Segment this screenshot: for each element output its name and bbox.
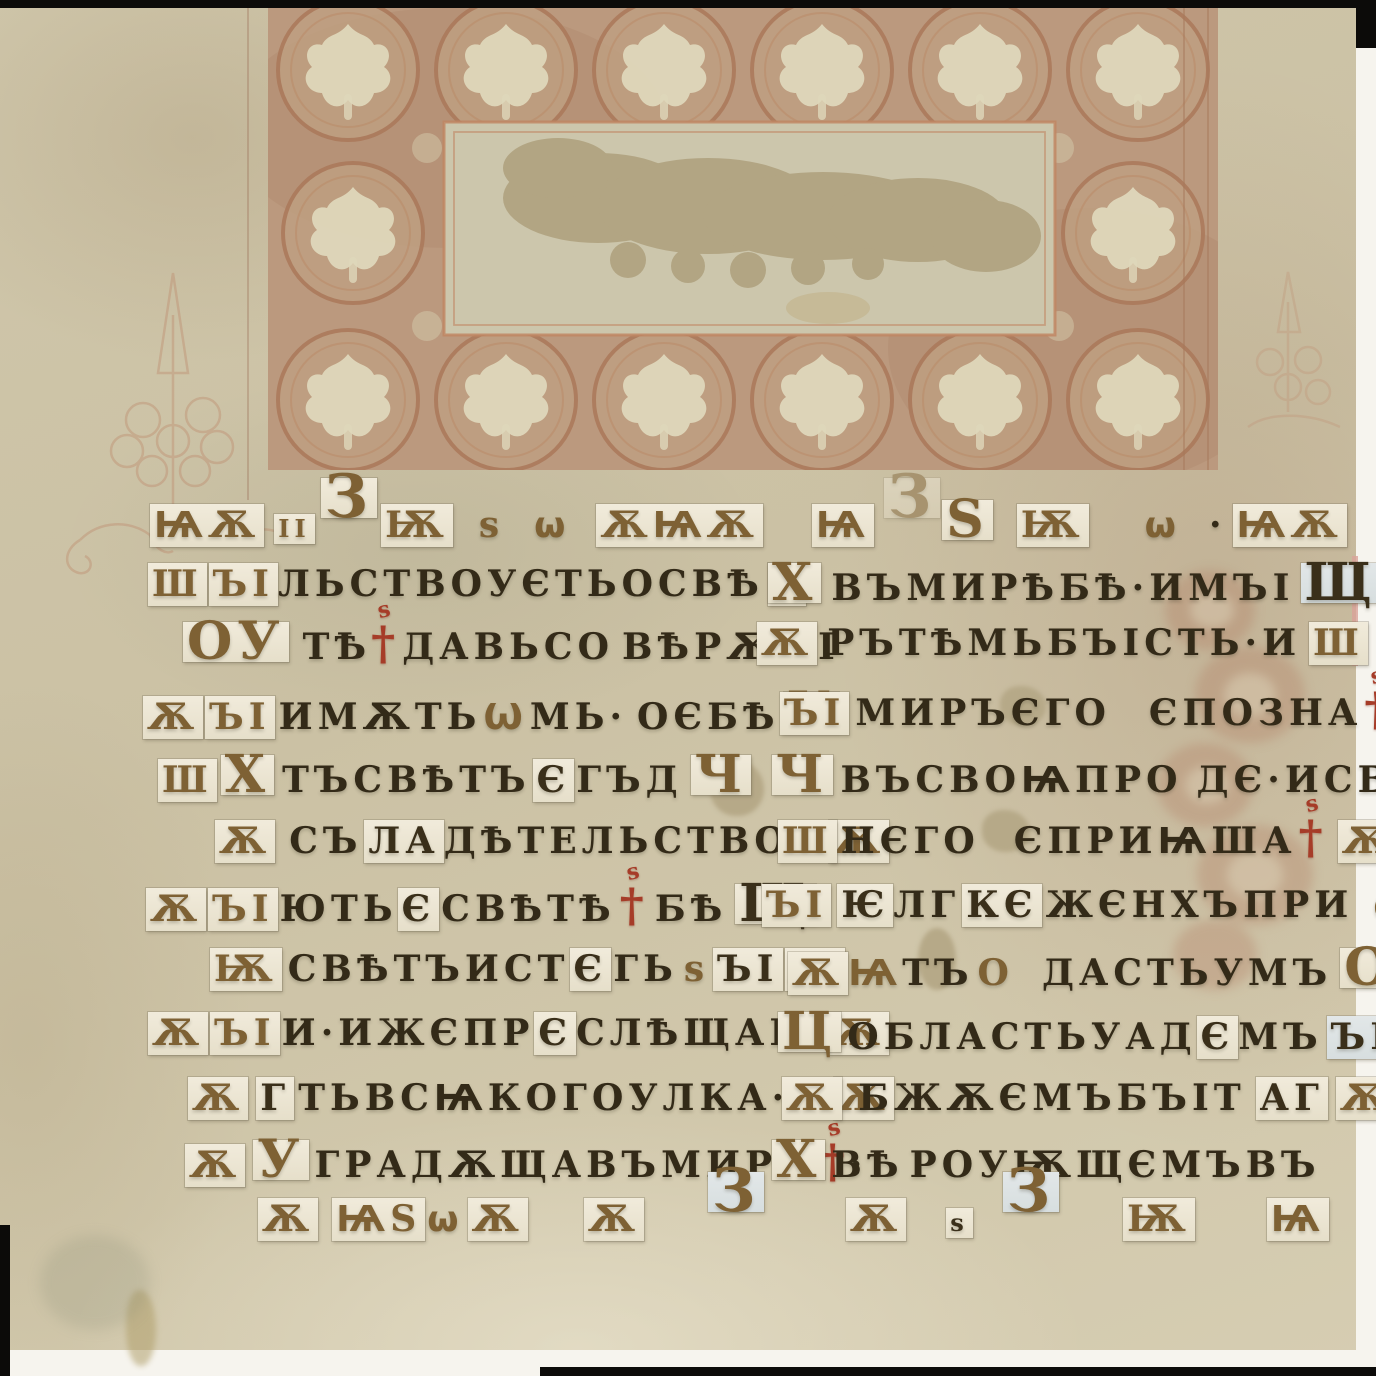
letter-segment: Щ bbox=[1301, 563, 1376, 603]
red-cross-mark: †ѕ bbox=[1299, 821, 1328, 853]
letter-segment: Ѕ bbox=[942, 500, 993, 540]
letter-segment: ѕ bbox=[479, 504, 504, 546]
letter-segment: ЖЄНХЪПРИ bbox=[1046, 884, 1354, 926]
letter-segment: ЪІ bbox=[780, 692, 849, 735]
letter-segment: Є bbox=[1197, 1016, 1239, 1059]
letter-segment: Ѩ bbox=[848, 952, 902, 994]
text-line-right-1: ѨЗЅѬѡ·ѨѪ bbox=[812, 498, 1347, 547]
letter-segment: ІІ bbox=[274, 514, 315, 544]
letter-segment: ѡ bbox=[534, 504, 570, 546]
letter-segment: ТЪСВѢТЪ bbox=[282, 759, 531, 801]
letter-segment: ѕ bbox=[946, 1208, 973, 1238]
letter-segment: ОУ bbox=[1340, 948, 1376, 988]
letter-segment: ЪІ bbox=[1327, 1016, 1376, 1059]
letter-segment: И·ИЖЄПР bbox=[282, 1012, 535, 1054]
letter-segment: ЛЬСТВОУЄТЬОСВѢ bbox=[278, 563, 764, 605]
letter-segment: З bbox=[1003, 1172, 1059, 1212]
letter-segment: БѢ bbox=[655, 888, 728, 930]
letter-segment: Ш bbox=[1309, 622, 1368, 665]
letter-segment: ИМѪТЬ bbox=[279, 696, 482, 738]
letter-segment: БЖѪЄМЪБЪІТ bbox=[858, 1077, 1245, 1119]
letter-segment: ЪІ bbox=[208, 888, 277, 931]
letter-segment: Х bbox=[772, 1140, 825, 1180]
letter-segment: АГ bbox=[1256, 1077, 1328, 1120]
text-line-right-8: ѪѨТЪОДАСТЬУМЪОУ bbox=[788, 948, 1376, 995]
text-line-left-5: ШХТЪСВѢТЪЄГЪДЧ bbox=[158, 755, 751, 802]
letter-segment: Ѭ bbox=[381, 504, 453, 547]
red-cross-mark: †ѕ bbox=[371, 627, 400, 659]
letter-segment: КЄ bbox=[962, 884, 1041, 927]
letter-segment: ѨЅ bbox=[332, 1198, 425, 1241]
letter-segment: Ѭ bbox=[1123, 1198, 1195, 1241]
red-cross-mark: †ѕ bbox=[620, 889, 649, 921]
letter-segment: ЄПОЗНА bbox=[1149, 692, 1363, 734]
letter-segment: Є bbox=[398, 888, 440, 931]
letter-segment: ГЬ bbox=[613, 948, 678, 990]
letter-segment: ЮТЬ bbox=[280, 888, 398, 930]
letter-segment: Г bbox=[256, 1077, 294, 1120]
text-line-right-4: ЪІМИРЪЄГОЄПОЗНА†ѕ· bbox=[780, 692, 1376, 735]
letter-segment: Ѫ bbox=[782, 1077, 842, 1120]
letter-segment: Ш bbox=[158, 759, 217, 802]
letter-segment: ѨѪ bbox=[1233, 504, 1347, 547]
red-superscript-mark: ѕ bbox=[1370, 668, 1376, 686]
text-line-left-4: ѪЪІИМѪТЬѠМЬ·ОЄБѢУ bbox=[143, 692, 839, 739]
text-line-left-7: ѪЪІЮТЬЄСВѢТѢ†ѕБѢЩ bbox=[146, 884, 816, 931]
text-line-right-12: ѪѕЗѬѨ bbox=[846, 1192, 1329, 1241]
letter-segment: Х bbox=[768, 563, 821, 603]
letter-segment: З bbox=[884, 478, 940, 518]
letter-segment: Ѩ bbox=[1267, 1198, 1329, 1241]
letter-segment: ѪѨѪ bbox=[596, 504, 763, 547]
letter-segment: ѡ bbox=[427, 1198, 463, 1240]
letter-segment: Ѭ bbox=[1017, 504, 1089, 547]
letter-segment: МИРЪЄГО bbox=[855, 692, 1111, 734]
letter-segment: ѡ bbox=[1145, 504, 1181, 546]
letter-segment: Ѥ bbox=[837, 884, 893, 927]
letter-segment: ОУ bbox=[183, 622, 289, 662]
manuscript-page: ѨѪІІЗѬѕѡѪѨѪШЪІЛЬСТВОУЄТЬОСВѢГОУТѢ†ѕДАВЬС… bbox=[0, 0, 1376, 1376]
letter-segment: ВЪМИРѢБѢ·ИМЪІ bbox=[831, 567, 1294, 609]
text-line-right-3: ѪРЪТѢМЬБЪІСТЬ·ИШ bbox=[757, 622, 1368, 665]
letter-segment: ЛГ bbox=[893, 884, 960, 926]
letter-segment: З bbox=[321, 478, 377, 518]
text-line-left-8: ѬСВѢТЪИСТЄГЬѕЪІѪ bbox=[210, 948, 845, 991]
letter-segment: Ѫ bbox=[146, 888, 206, 931]
letter-segment: Ѫ bbox=[757, 622, 817, 665]
letter-segment: Ѫ bbox=[258, 1198, 318, 1241]
letter-segment: Ѫ bbox=[148, 1012, 208, 1055]
letter-segment: З bbox=[708, 1172, 764, 1212]
letter-segment: ЪІ bbox=[713, 948, 782, 991]
letter-segment: ЪІ bbox=[205, 696, 274, 739]
letter-segment: ЪІ bbox=[209, 563, 278, 606]
letter-segment: ѕ bbox=[684, 948, 709, 990]
letter-segment: Ч bbox=[691, 755, 752, 795]
letter-segment: ДАСТЬУМЪ bbox=[1042, 952, 1332, 994]
letter-segment: ѨѪ bbox=[150, 504, 264, 547]
text-line-right-7: ЪІѤЛГКЄЖЄНХЪПРИѡ bbox=[762, 884, 1376, 927]
letter-segment: ЪІ bbox=[762, 884, 831, 927]
text-line-right-6: ШНЄГОЄПРИѨША†ѕѪ bbox=[778, 820, 1376, 863]
text-line-right-2: ХВЪМИРѢБѢ·ИМЪІЩ bbox=[768, 563, 1376, 609]
letter-segment: Ц bbox=[778, 1012, 841, 1052]
letter-segment: МЬ· bbox=[530, 696, 627, 738]
letter-segment: ТЬВСѨКОГОУЛКА· bbox=[298, 1077, 789, 1119]
letter-segment: СВѢТЪИСТ bbox=[288, 948, 570, 990]
text-columns: ѨѪІІЗѬѕѡѪѨѪШЪІЛЬСТВОУЄТЬОСВѢГОУТѢ†ѕДАВЬС… bbox=[0, 0, 1376, 1376]
text-line-right-9: ЦОБЛАСТЬУАДЄМЪЪІ bbox=[778, 1012, 1376, 1059]
letter-segment: Ѫ bbox=[215, 820, 275, 863]
text-line-left-12: ѪѨЅѡѪѪЗ bbox=[258, 1192, 764, 1241]
letter-segment: Ѡ bbox=[483, 696, 527, 738]
letter-segment: ДѢТЕЛЬСТВОУ bbox=[444, 820, 825, 862]
letter-segment: НЄГО bbox=[841, 820, 980, 862]
letter-segment: Ч bbox=[772, 755, 833, 795]
red-superscript-mark: ѕ bbox=[826, 1120, 842, 1138]
letter-segment: ВЪСВОѨПРО bbox=[841, 759, 1183, 801]
letter-segment: Є bbox=[533, 759, 575, 802]
letter-segment: Ѫ bbox=[185, 1144, 245, 1187]
letter-segment: РЪТѢМЬБЪІСТЬ·И bbox=[827, 622, 1301, 664]
text-line-left-2: ШЪІЛЬСТВОУЄТЬОСВѢГ bbox=[148, 563, 806, 606]
letter-segment: ГЪД bbox=[576, 759, 682, 801]
letter-segment: ВѢ bbox=[831, 1144, 903, 1186]
text-line-left-1: ѨѪІІЗѬѕѡѪѨѪ bbox=[150, 498, 763, 547]
letter-segment: Ш bbox=[148, 563, 207, 606]
letter-segment: ЪІ bbox=[210, 1012, 279, 1055]
letter-segment: СВѢТѢ bbox=[441, 888, 615, 930]
text-line-left-11: ѪУГРАДѪЩАВЪМИРЪ†ѕ· bbox=[185, 1140, 867, 1187]
letter-segment: ТѢ bbox=[303, 626, 372, 668]
letter-segment: СЪ bbox=[289, 820, 362, 862]
letter-segment: О bbox=[978, 952, 1014, 994]
letter-segment: ДЄ·ИСВО bbox=[1197, 759, 1376, 801]
letter-segment: Ѫ bbox=[468, 1198, 528, 1241]
letter-segment: Ѫ bbox=[788, 952, 848, 995]
text-line-left-3: ОУТѢ†ѕДАВЬСОВѢРѪЪІ bbox=[183, 622, 840, 668]
letter-segment: Ѫ bbox=[143, 696, 203, 739]
letter-segment: Ѫ bbox=[584, 1198, 644, 1241]
letter-segment: Ѫ bbox=[1336, 1077, 1376, 1120]
letter-segment: У bbox=[253, 1140, 308, 1180]
letter-segment: ОБЛАСТЬУАД bbox=[847, 1016, 1196, 1058]
letter-segment: ЛА bbox=[364, 820, 443, 863]
letter-segment: Ѫ bbox=[846, 1198, 906, 1241]
letter-segment: ДАВЬСО bbox=[402, 626, 614, 668]
letter-segment: Ѫ bbox=[188, 1077, 248, 1120]
red-superscript-mark: ѕ bbox=[625, 864, 641, 882]
letter-segment: Ѩ bbox=[812, 504, 874, 547]
letter-segment: · bbox=[1209, 504, 1227, 546]
red-cross-mark: †ѕ bbox=[1364, 693, 1376, 725]
letter-segment: Ѭ bbox=[210, 948, 282, 991]
letter-segment: Х bbox=[221, 755, 274, 795]
letter-segment: МЪ bbox=[1238, 1016, 1322, 1058]
text-line-right-10: ѪБЖѪЄМЪБЪІТАГѪ bbox=[782, 1077, 1376, 1120]
letter-segment: Ѫ bbox=[1338, 820, 1376, 863]
letter-segment: Є bbox=[570, 948, 612, 991]
text-line-right-5: ЧВЪСВОѨПРОДЄ·ИСВОѪ bbox=[772, 755, 1376, 802]
letter-segment: Є bbox=[534, 1012, 576, 1055]
letter-segment: ЄПРИѨША bbox=[1014, 820, 1297, 862]
letter-segment: ОЄБѢ bbox=[637, 696, 780, 738]
letter-segment: РОУѬЩЄМЪВЪ bbox=[910, 1144, 1321, 1186]
letter-segment: ТЪ bbox=[902, 952, 973, 994]
letter-segment: Ш bbox=[778, 820, 837, 863]
